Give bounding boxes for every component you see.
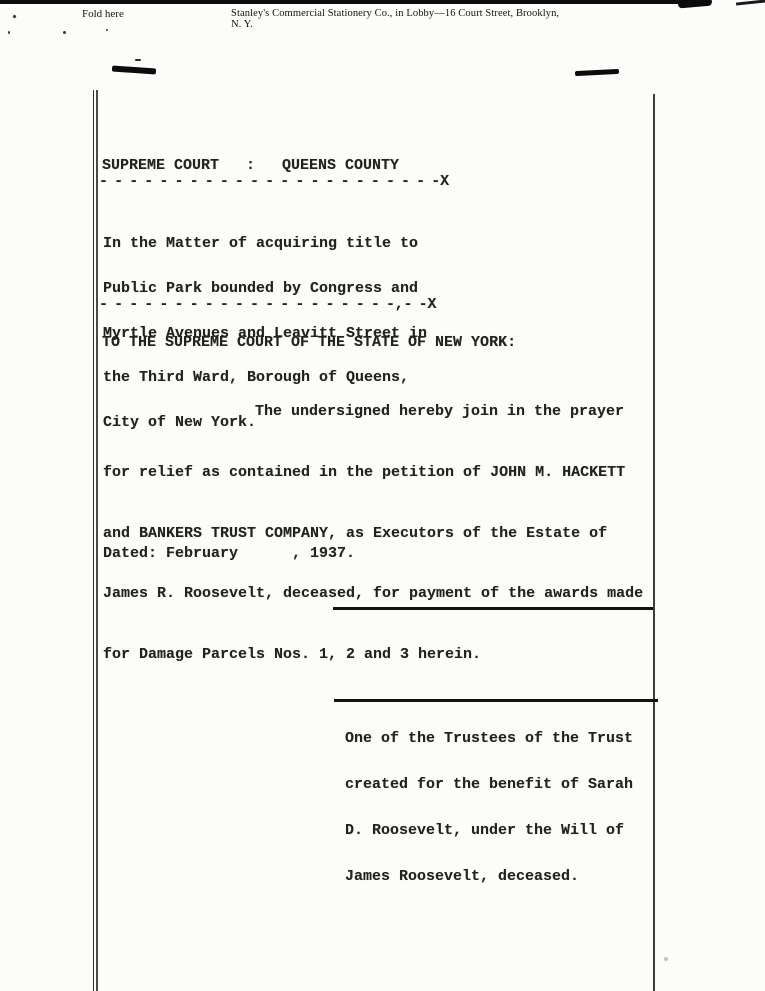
capacity-line: created for the benefit of Sarah <box>345 777 633 793</box>
capacity-line: D. Roosevelt, under the Will of <box>345 823 633 839</box>
left-border-rule-outer <box>93 90 95 991</box>
ink-speck <box>664 957 668 961</box>
ink-speck <box>106 29 108 31</box>
ink-speck <box>135 59 141 61</box>
document-page: Fold here Stanley's Commercial Stationer… <box>0 0 765 991</box>
fold-here-label: Fold here <box>82 8 124 20</box>
paragraph-line: for relief as contained in the petition … <box>103 458 643 489</box>
signer-capacity-description: One of the Trustees of the Trust created… <box>345 701 633 915</box>
salutation-line: TO THE SUPREME COURT OF THE STATE OF NEW… <box>102 335 516 350</box>
capacity-line: James Roosevelt, deceased. <box>345 869 633 885</box>
scan-top-edge-blob <box>678 0 713 8</box>
caption-dashed-rule-bottom: - - - - - - - - - - - - - - - - - - - -,… <box>99 297 436 312</box>
stationer-imprint: Stanley's Commercial Stationery Co., in … <box>231 8 561 30</box>
matter-line: In the Matter of acquiring title to <box>103 237 427 252</box>
capacity-line: One of the Trustees of the Trust <box>345 731 633 747</box>
dated-line: Dated: February , 1937. <box>103 546 355 561</box>
caption-dashed-rule-top: - - - - - - - - - - - - - - - - - - - - … <box>99 174 449 189</box>
court-caption-title: SUPREME COURT : QUEENS COUNTY <box>102 158 399 173</box>
fold-mark-left <box>112 65 156 74</box>
scan-top-corner-mark <box>736 0 765 6</box>
petition-paragraph: The undersigned hereby join in the praye… <box>103 367 643 701</box>
scan-top-edge-line <box>0 0 710 4</box>
signature-rule-1 <box>333 607 653 610</box>
paragraph-line: for Damage Parcels Nos. 1, 2 and 3 herei… <box>103 640 643 671</box>
left-border-rule-inner <box>96 90 98 991</box>
right-border-rule <box>653 94 655 991</box>
paragraph-line: The undersigned hereby join in the praye… <box>103 397 643 428</box>
matter-line: Public Park bounded by Congress and <box>103 282 427 297</box>
ink-speck <box>8 31 10 34</box>
ink-speck <box>12 14 16 18</box>
ink-speck <box>63 31 66 34</box>
fold-mark-right <box>575 69 619 76</box>
paragraph-line: James R. Roosevelt, deceased, for paymen… <box>103 579 643 610</box>
